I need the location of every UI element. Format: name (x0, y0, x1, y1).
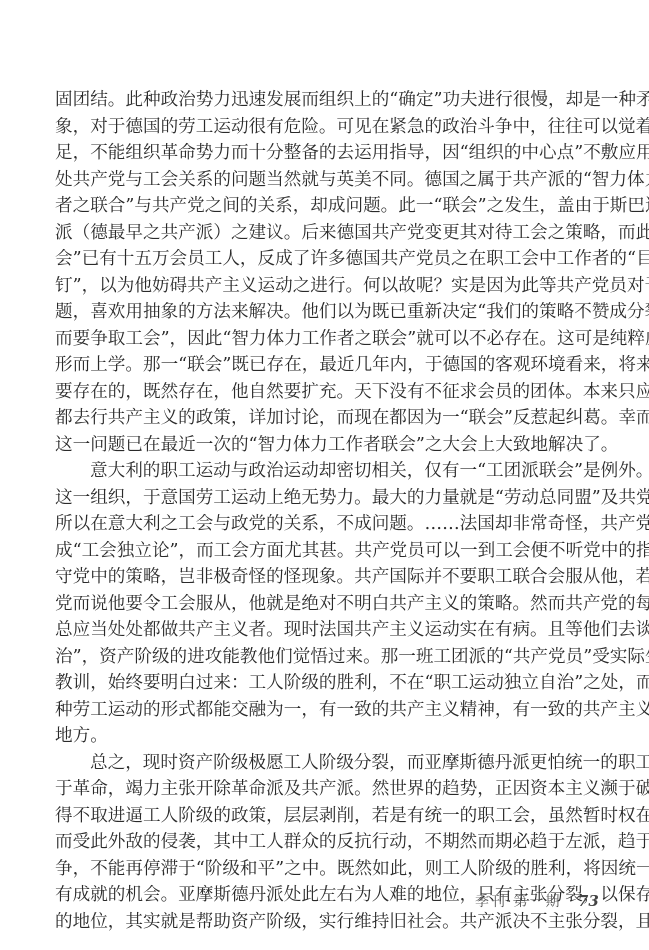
text-line: 党而说他要令工会服从，他就是绝对不明白共产主义的策略。然而共产党的每一党员 (55, 591, 585, 618)
text-line: 守党中的策略，岂非极奇怪的怪现象。共产国际并不要职工联合会服从他，若是共产 (55, 564, 585, 591)
text-line: 派（德最早之共产派）之建议。后来德国共产党变更其对待工会之策略，而此一“联 (55, 220, 585, 247)
journal-name: 季刊·第一期 (475, 894, 561, 910)
text-line: 会”已有十五万会员工人，反成了许多德国共产党员之在职工会中工作者的“目中 (55, 246, 585, 273)
text-line: 种劳工运动的形式都能交融为一，有一致的共产主义精神，有一致的共产主义意志的 (55, 697, 585, 724)
text-line: 者之联合”与共产党之间的关系，却成问题。此一“联会”之发生，盖由于斯巴达克 (55, 193, 585, 220)
text-line: 题，喜欢用抽象的方法来解决。他们以为既已重新决定“我们的策略不赞成分裂工会， (55, 299, 585, 326)
text-line: 得不取进逼工人阶级的政策，层层剥削，若是有统一的职工会，虽然暂时权在改良派， (55, 803, 585, 830)
text-line: 而要争取工会”，因此“智力体力工作者之联会”就可以不必存在。这可是纯粹虚悬的 (55, 326, 585, 353)
page-footer: 季刊·第一期 73 (475, 891, 599, 911)
text-line: 教训，始终要明白过来：工人阶级的胜利，不在“职工运动独立自治”之处，而在各 (55, 670, 585, 697)
text-line: 意大利的职工运动与政治运动却密切相关，仅有一“工团派联会”是例外。然而 (55, 458, 585, 485)
text-line: 总之，现时资产阶级极愿工人阶级分裂，而亚摩斯德丹派更怕统一的职工运动趋 (55, 750, 585, 777)
page-body: 固团结。此种政治势力迅速发展而组织上的“确定”功夫进行很慢，却是一种矛盾现象，对… (55, 87, 585, 935)
text-line: 总应当处处都做共产主义者。现时法国共产主义运动实在有病。且等他们去谈“自 (55, 617, 585, 644)
text-line: 于革命，竭力主张开除革命派及共产派。然世界的趋势，正因资本主义濒于破产，不 (55, 776, 585, 803)
page-number: 73 (578, 892, 599, 910)
text-line: 争，不能再停滞于“阶级和平”之中。既然如此，则工人阶级的胜利，将因统一而愈 (55, 856, 585, 883)
text-line: 地方。 (55, 723, 585, 750)
text-line: 钉”，以为他妨碍共产主义运动之进行。何以故呢？实是因为此等共产党员对于实际问 (55, 273, 585, 300)
text-line: 象，对于德国的劳工运动很有危险。可见在紧急的政治斗争中，往往可以觉着能力不 (55, 114, 585, 141)
text-line: 都去行共产主义的政策，详加讨论，而现在都因为一“联会”反惹起纠葛。幸而好， (55, 405, 585, 432)
text-line: 处共产党与工会关系的问题当然就与英美不同。德国之属于共产派的“智力体力工作 (55, 167, 585, 194)
text-line: 足，不能组织革命势力而十分整备的去运用指导，因“组织的中心点”不敷应用。此 (55, 140, 585, 167)
text-line: 而受此外敌的侵袭，其中工人群众的反抗行动，不期然而期必趋于左派，趋于阶级斗 (55, 829, 585, 856)
text-line: 要存在的，既然存在，他自然要扩充。天下没有不征求会员的团体。本来只应当大家 (55, 379, 585, 406)
paragraph: 固团结。此种政治势力迅速发展而组织上的“确定”功夫进行很慢，却是一种矛盾现象，对… (55, 87, 585, 458)
text-line: 治”，资产阶级的进攻能教他们觉悟过来。那一班工团派的“共产党员”受实际生活的 (55, 644, 585, 671)
text-line: 这一问题已在最近一次的“智力体力工作者联会”之大会上大致地解决了。 (55, 432, 585, 459)
text-line: 形而上学。那一“联会”既已存在，最近几年内，于德国的客观环境看来，将来也还 (55, 352, 585, 379)
text-line: 这一组织，于意国劳工运动上绝无势力。最大的力量就是“劳动总同盟”及共党派， (55, 485, 585, 512)
paragraph: 意大利的职工运动与政治运动却密切相关，仅有一“工团派联会”是例外。然而这一组织，… (55, 458, 585, 750)
text-line: 固团结。此种政治势力迅速发展而组织上的“确定”功夫进行很慢，却是一种矛盾现 (55, 87, 585, 114)
text-line: 所以在意大利之工会与政党的关系，不成问题。……法国却非常奇怪，共产党自己赞 (55, 511, 585, 538)
text-line: 成“工会独立论”，而工会方面尤其甚。共产党员可以一到工会便不听党中的指挥，不 (55, 538, 585, 565)
text-line: 的地位，其实就是帮助资产阶级，实行维持旧社会。共产派决不主张分裂，且当力持 (55, 909, 585, 936)
